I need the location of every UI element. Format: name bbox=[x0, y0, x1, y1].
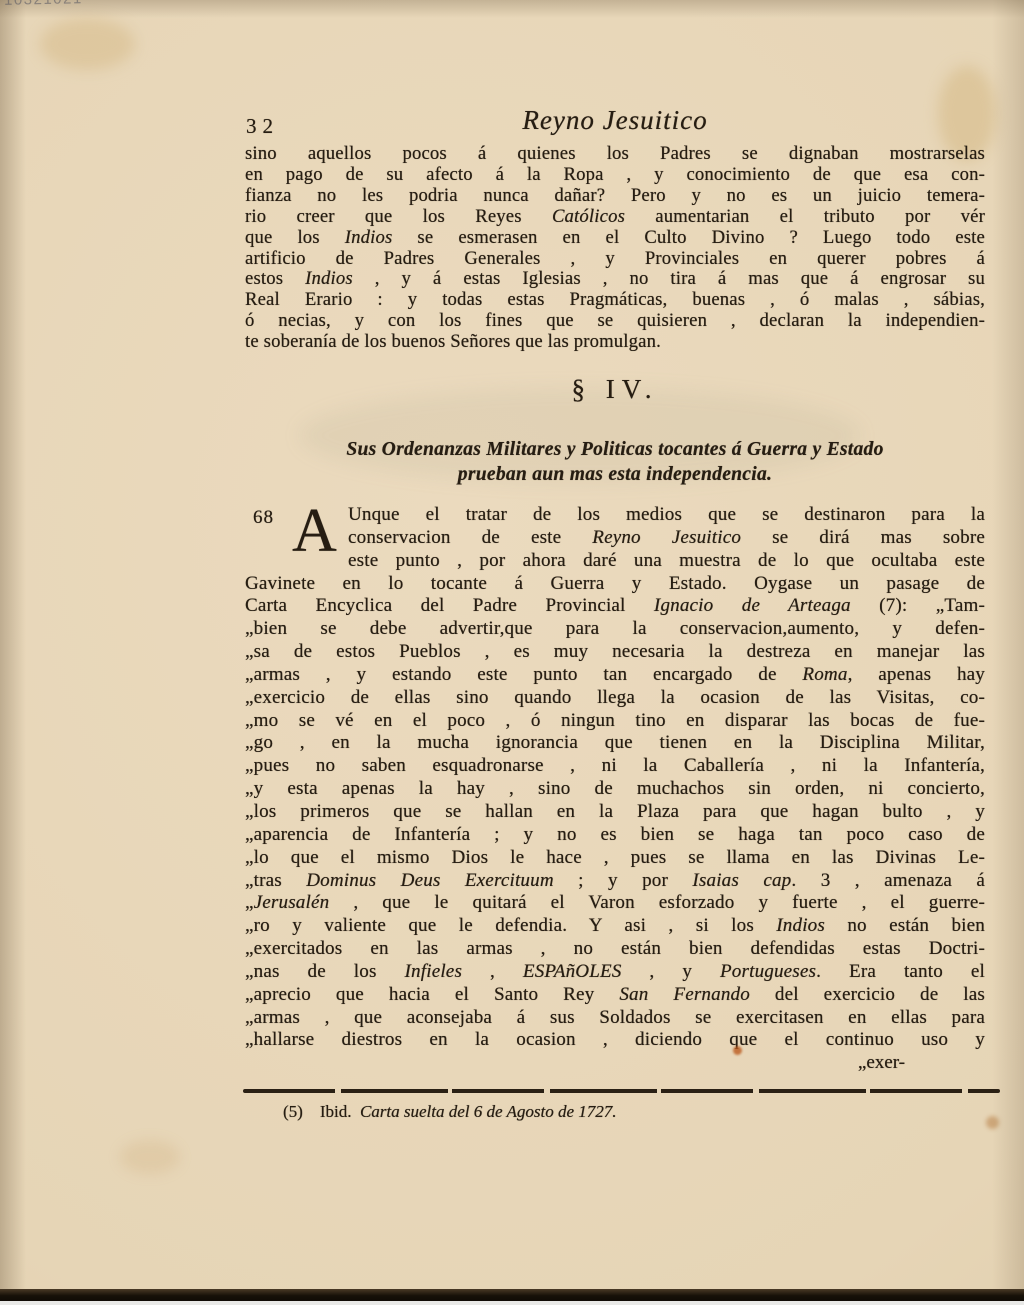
text-segment: fianza no les podria nunca dañar? Pero y… bbox=[245, 185, 985, 206]
text-segment: del exercicio de las bbox=[750, 984, 985, 1005]
text-line: „armas , que aconsejaba á sus Soldados s… bbox=[245, 1007, 985, 1030]
text-line: „go , en la mucha ignorancia que tienen … bbox=[245, 732, 985, 755]
italic-text: Reyno Jesuitico bbox=[592, 527, 741, 548]
text-line: (5) Ibid. Carta suelta del 6 de Agosto d… bbox=[283, 1101, 983, 1122]
section-mark: § IV. bbox=[245, 374, 985, 405]
italic-text: Infieles bbox=[405, 961, 463, 982]
text-segment: (5) Ibid. bbox=[283, 1102, 360, 1121]
text-segment: rio creer que los Reyes bbox=[245, 206, 552, 227]
text-segment: „ bbox=[245, 892, 254, 913]
text-segment: „sa de estos Pueblos , es muy necesaria … bbox=[245, 641, 985, 662]
text-segment: , apenas hay bbox=[848, 664, 985, 685]
paper-stain bbox=[120, 1140, 180, 1174]
text-line: artificio de Padres Generales , y Provin… bbox=[245, 249, 985, 270]
paper-stain bbox=[986, 1116, 999, 1129]
text-line: estos Indios , y á estas Iglesias , no t… bbox=[245, 269, 985, 290]
text-segment: ; y por bbox=[554, 870, 693, 891]
italic-text: Ignacio de Arteaga bbox=[654, 595, 851, 616]
text-line: sino aquellos pocos á quienes los Padres… bbox=[245, 144, 985, 165]
text-segment: „bien se debe advertir,que para la conse… bbox=[245, 618, 985, 639]
text-line: „mo se vé en el poco , ó ningun tino en … bbox=[245, 710, 985, 733]
text-segment: „aprecio que hacia el Santo Rey bbox=[245, 984, 619, 1005]
text-segment: Carta Encyclica del Padre Provincial bbox=[245, 595, 654, 616]
text-line: „los primeros que se hallan en la Plaza … bbox=[245, 801, 985, 824]
scan-bottom-strip bbox=[0, 1301, 1024, 1305]
text-segment: , que le quitará el Varon esforzado y fu… bbox=[329, 892, 985, 913]
paragraph-68-lines: Unque el tratar de los medios que se des… bbox=[245, 504, 985, 1052]
text-segment: „ro y valiente que le defendia. Y asi , … bbox=[245, 915, 776, 936]
text-segment: „armas , que aconsejaba á sus Soldados s… bbox=[245, 1007, 985, 1028]
text-line: „aprecio que hacia el Santo Rey San Fern… bbox=[245, 984, 985, 1007]
text-line: „hallarse diestros en la ocasion , dicie… bbox=[245, 1029, 985, 1052]
section-subtitle: Sus Ordenanzas Militares y Politicas toc… bbox=[245, 437, 985, 487]
text-line: fianza no les podria nunca dañar? Pero y… bbox=[245, 186, 985, 207]
text-line: „aparencia de Infantería ; y no es bien … bbox=[245, 824, 985, 847]
italic-text: Indios bbox=[345, 227, 393, 248]
text-line: „y esta apenas la hay , sino de muchacho… bbox=[245, 778, 985, 801]
footnote: (5) Ibid. Carta suelta del 6 de Agosto d… bbox=[283, 1101, 983, 1122]
text-segment: „y esta apenas la hay , sino de muchacho… bbox=[245, 778, 985, 799]
text-segment: Unque el tratar de los medios que se des… bbox=[348, 504, 985, 525]
text-line: „exercicio de ellas sino quando llega la… bbox=[245, 687, 985, 710]
subtitle-line: prueban aun mas esta independencia. bbox=[245, 462, 985, 487]
text-segment: „go , en la mucha ignorancia que tienen … bbox=[245, 732, 985, 753]
book-page-scan: 10321021 32 Reyno Jesuitico sino aquello… bbox=[0, 0, 1024, 1305]
italic-text: Roma bbox=[802, 664, 847, 685]
footnote-rule bbox=[243, 1089, 1000, 1093]
text-line: „lo que el mismo Dios le hace , pues se … bbox=[245, 847, 985, 870]
text-line: „bien se debe advertir,que para la conse… bbox=[245, 618, 985, 641]
text-line: ó necias, y con los fines que se quisier… bbox=[245, 311, 985, 332]
italic-text: San Fernando bbox=[619, 984, 750, 1005]
text-segment: „los primeros que se hallan en la Plaza … bbox=[245, 801, 985, 822]
page-bottom-edge-shadow bbox=[0, 1289, 1024, 1301]
text-segment: este punto , por ahora daré una muestra … bbox=[348, 550, 985, 571]
paper-stain bbox=[40, 18, 135, 70]
text-line: rio creer que los Reyes Católicos aument… bbox=[245, 207, 985, 228]
text-segment: ó necias, y con los fines que se quisier… bbox=[245, 310, 985, 331]
text-segment: no están bien bbox=[825, 915, 985, 936]
text-segment: „exercitados en las armas , no están bie… bbox=[245, 938, 985, 959]
text-segment: Gavinete en lo tocante á Guerra y Estado… bbox=[245, 573, 985, 594]
text-segment: sino aquellos pocos á quienes los Padres… bbox=[245, 143, 985, 164]
text-line: conservacion de este Reyno Jesuitico se … bbox=[245, 527, 985, 550]
text-segment: se dirá mas sobre bbox=[741, 527, 985, 548]
text-segment: , y bbox=[621, 961, 720, 982]
paragraph-number: 68 bbox=[253, 507, 274, 530]
catchword: „exer- bbox=[245, 1052, 985, 1074]
text-line: „sa de estos Pueblos , es muy necesaria … bbox=[245, 641, 985, 664]
text-segment: , bbox=[462, 961, 523, 982]
text-line: en pago de su afecto á la Ropa , y conoc… bbox=[245, 165, 985, 186]
subtitle-line: Sus Ordenanzas Militares y Politicas toc… bbox=[245, 437, 985, 462]
italic-text: Indios bbox=[776, 915, 825, 936]
scan-watermark-number: 10321021 bbox=[4, 0, 83, 9]
italic-text: Dominus Deus Exercituum bbox=[306, 870, 554, 891]
text-segment: „tras bbox=[245, 870, 306, 891]
text-segment: (7): „Tam- bbox=[851, 595, 985, 616]
text-segment: „mo se vé en el poco , ó ningun tino en … bbox=[245, 710, 985, 731]
italic-text: ESPAñOLES bbox=[523, 961, 622, 982]
text-segment: „aparencia de Infantería ; y no es bien … bbox=[245, 824, 985, 845]
text-segment: estos bbox=[245, 268, 305, 289]
text-segment: artificio de Padres Generales , y Provin… bbox=[245, 248, 985, 269]
text-segment: . Era tanto el bbox=[816, 961, 985, 982]
italic-text: Católicos bbox=[552, 206, 625, 227]
italic-text: Portugueses bbox=[720, 961, 816, 982]
text-segment: se esmerasen en el Culto Divino ? Luego … bbox=[392, 227, 985, 248]
text-segment: en pago de su afecto á la Ropa , y conoc… bbox=[245, 164, 985, 185]
italic-text: Isaias cap bbox=[692, 870, 791, 891]
text-line: Real Erario : y todas estas Pragmáticas,… bbox=[245, 290, 985, 311]
text-line: Gavinete en lo tocante á Guerra y Estado… bbox=[245, 573, 985, 596]
text-line: Unque el tratar de los medios que se des… bbox=[245, 504, 985, 527]
text-line: „armas , y estando este punto tan encarg… bbox=[245, 664, 985, 687]
text-line: „Jerusalén , que le quitará el Varon esf… bbox=[245, 892, 985, 915]
text-segment: „exercicio de ellas sino quando llega la… bbox=[245, 687, 985, 708]
text-segment: „pues no saben esquadronarse , ni la Cab… bbox=[245, 755, 985, 776]
text-line: que los Indios se esmerasen en el Culto … bbox=[245, 228, 985, 249]
text-line: „tras Dominus Deus Exercituum ; y por Is… bbox=[245, 870, 985, 893]
running-title: Reyno Jesuitico bbox=[245, 105, 985, 136]
paragraph-68: 68 A Unque el tratar de los medios que s… bbox=[245, 504, 985, 1052]
text-segment: conservacion de este bbox=[348, 527, 592, 548]
paragraph-intro: sino aquellos pocos á quienes los Padres… bbox=[245, 144, 985, 353]
text-line: „pues no saben esquadronarse , ni la Cab… bbox=[245, 755, 985, 778]
text-segment: „armas , y estando este punto tan encarg… bbox=[245, 664, 802, 685]
text-line: te soberanía de los buenos Señores que l… bbox=[245, 332, 985, 353]
text-line: „nas de los Infieles , ESPAñOLES , y Por… bbox=[245, 961, 985, 984]
text-segment: „lo que el mismo Dios le hace , pues se … bbox=[245, 847, 985, 868]
text-segment: aumentarian el tributo por vér bbox=[625, 206, 985, 227]
italic-text: Indios bbox=[305, 268, 353, 289]
italic-text: Carta suelta del 6 de Agosto de 1727. bbox=[360, 1102, 617, 1121]
text-segment: que los bbox=[245, 227, 345, 248]
text-line: „ro y valiente que le defendia. Y asi , … bbox=[245, 915, 985, 938]
text-segment: , y á estas Iglesias , no tira á mas que… bbox=[353, 268, 985, 289]
text-segment: „nas de los bbox=[245, 961, 405, 982]
text-line: Carta Encyclica del Padre Provincial Ign… bbox=[245, 595, 985, 618]
italic-text: Jerusalén bbox=[254, 892, 330, 913]
text-segment: . 3 , amenaza á bbox=[791, 870, 985, 891]
text-segment: „hallarse diestros en la ocasion , dicie… bbox=[245, 1029, 985, 1050]
text-segment: Real Erario : y todas estas Pragmáticas,… bbox=[245, 289, 985, 310]
text-segment: te soberanía de los buenos Señores que l… bbox=[245, 331, 661, 352]
text-line: „exercitados en las armas , no están bie… bbox=[245, 938, 985, 961]
text-line: este punto , por ahora daré una muestra … bbox=[245, 550, 985, 573]
